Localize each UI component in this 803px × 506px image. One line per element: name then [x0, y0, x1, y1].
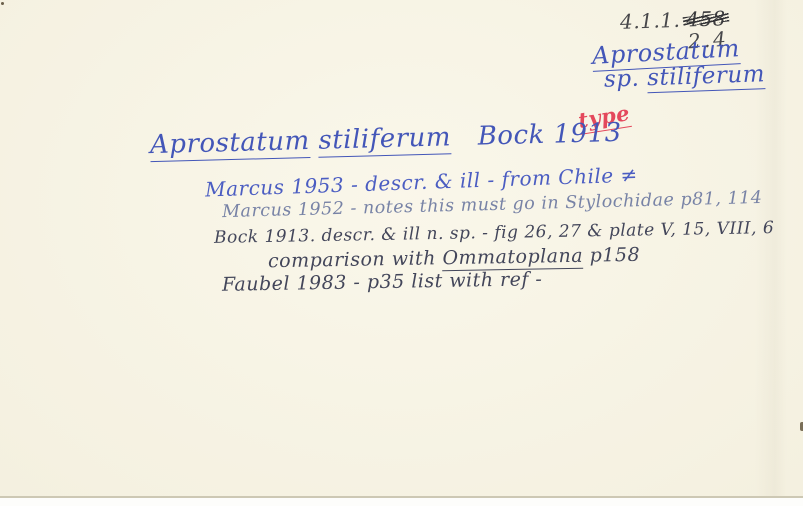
corner-species-text: stiliferum — [647, 61, 766, 93]
scan-speck-top-left — [1, 2, 4, 5]
card-heading: Aprostatum stiliferum Bock 1913 — [150, 118, 622, 160]
corner-species-prefix: sp. — [604, 65, 648, 92]
note-bock-1913: Bock 1913. descr. & ill n. sp. - fig 26,… — [214, 218, 774, 248]
scanned-card-image: 4.1.1.458 2.4 Aprostatum sp. stiliferum … — [0, 0, 803, 506]
note-comparison: comparison with Ommatoplana p158 — [268, 244, 640, 272]
note-comparison-taxon: Ommatoplana — [442, 245, 583, 271]
note-comparison-prefix: comparison with — [268, 247, 443, 272]
index-card: 4.1.1.458 2.4 Aprostatum sp. stiliferum … — [0, 0, 803, 498]
heading-author: Bock 1913 — [477, 118, 622, 152]
note-faubel-1983: Faubel 1983 - p35 list with ref - — [222, 268, 543, 296]
note-comparison-suffix: p158 — [583, 244, 640, 267]
heading-species: stiliferum — [318, 122, 451, 157]
catalog-code-prefix: 4.1.1. — [620, 8, 681, 34]
heading-genus: Aprostatum — [150, 126, 310, 162]
corner-species: sp. stiliferum — [604, 61, 766, 93]
